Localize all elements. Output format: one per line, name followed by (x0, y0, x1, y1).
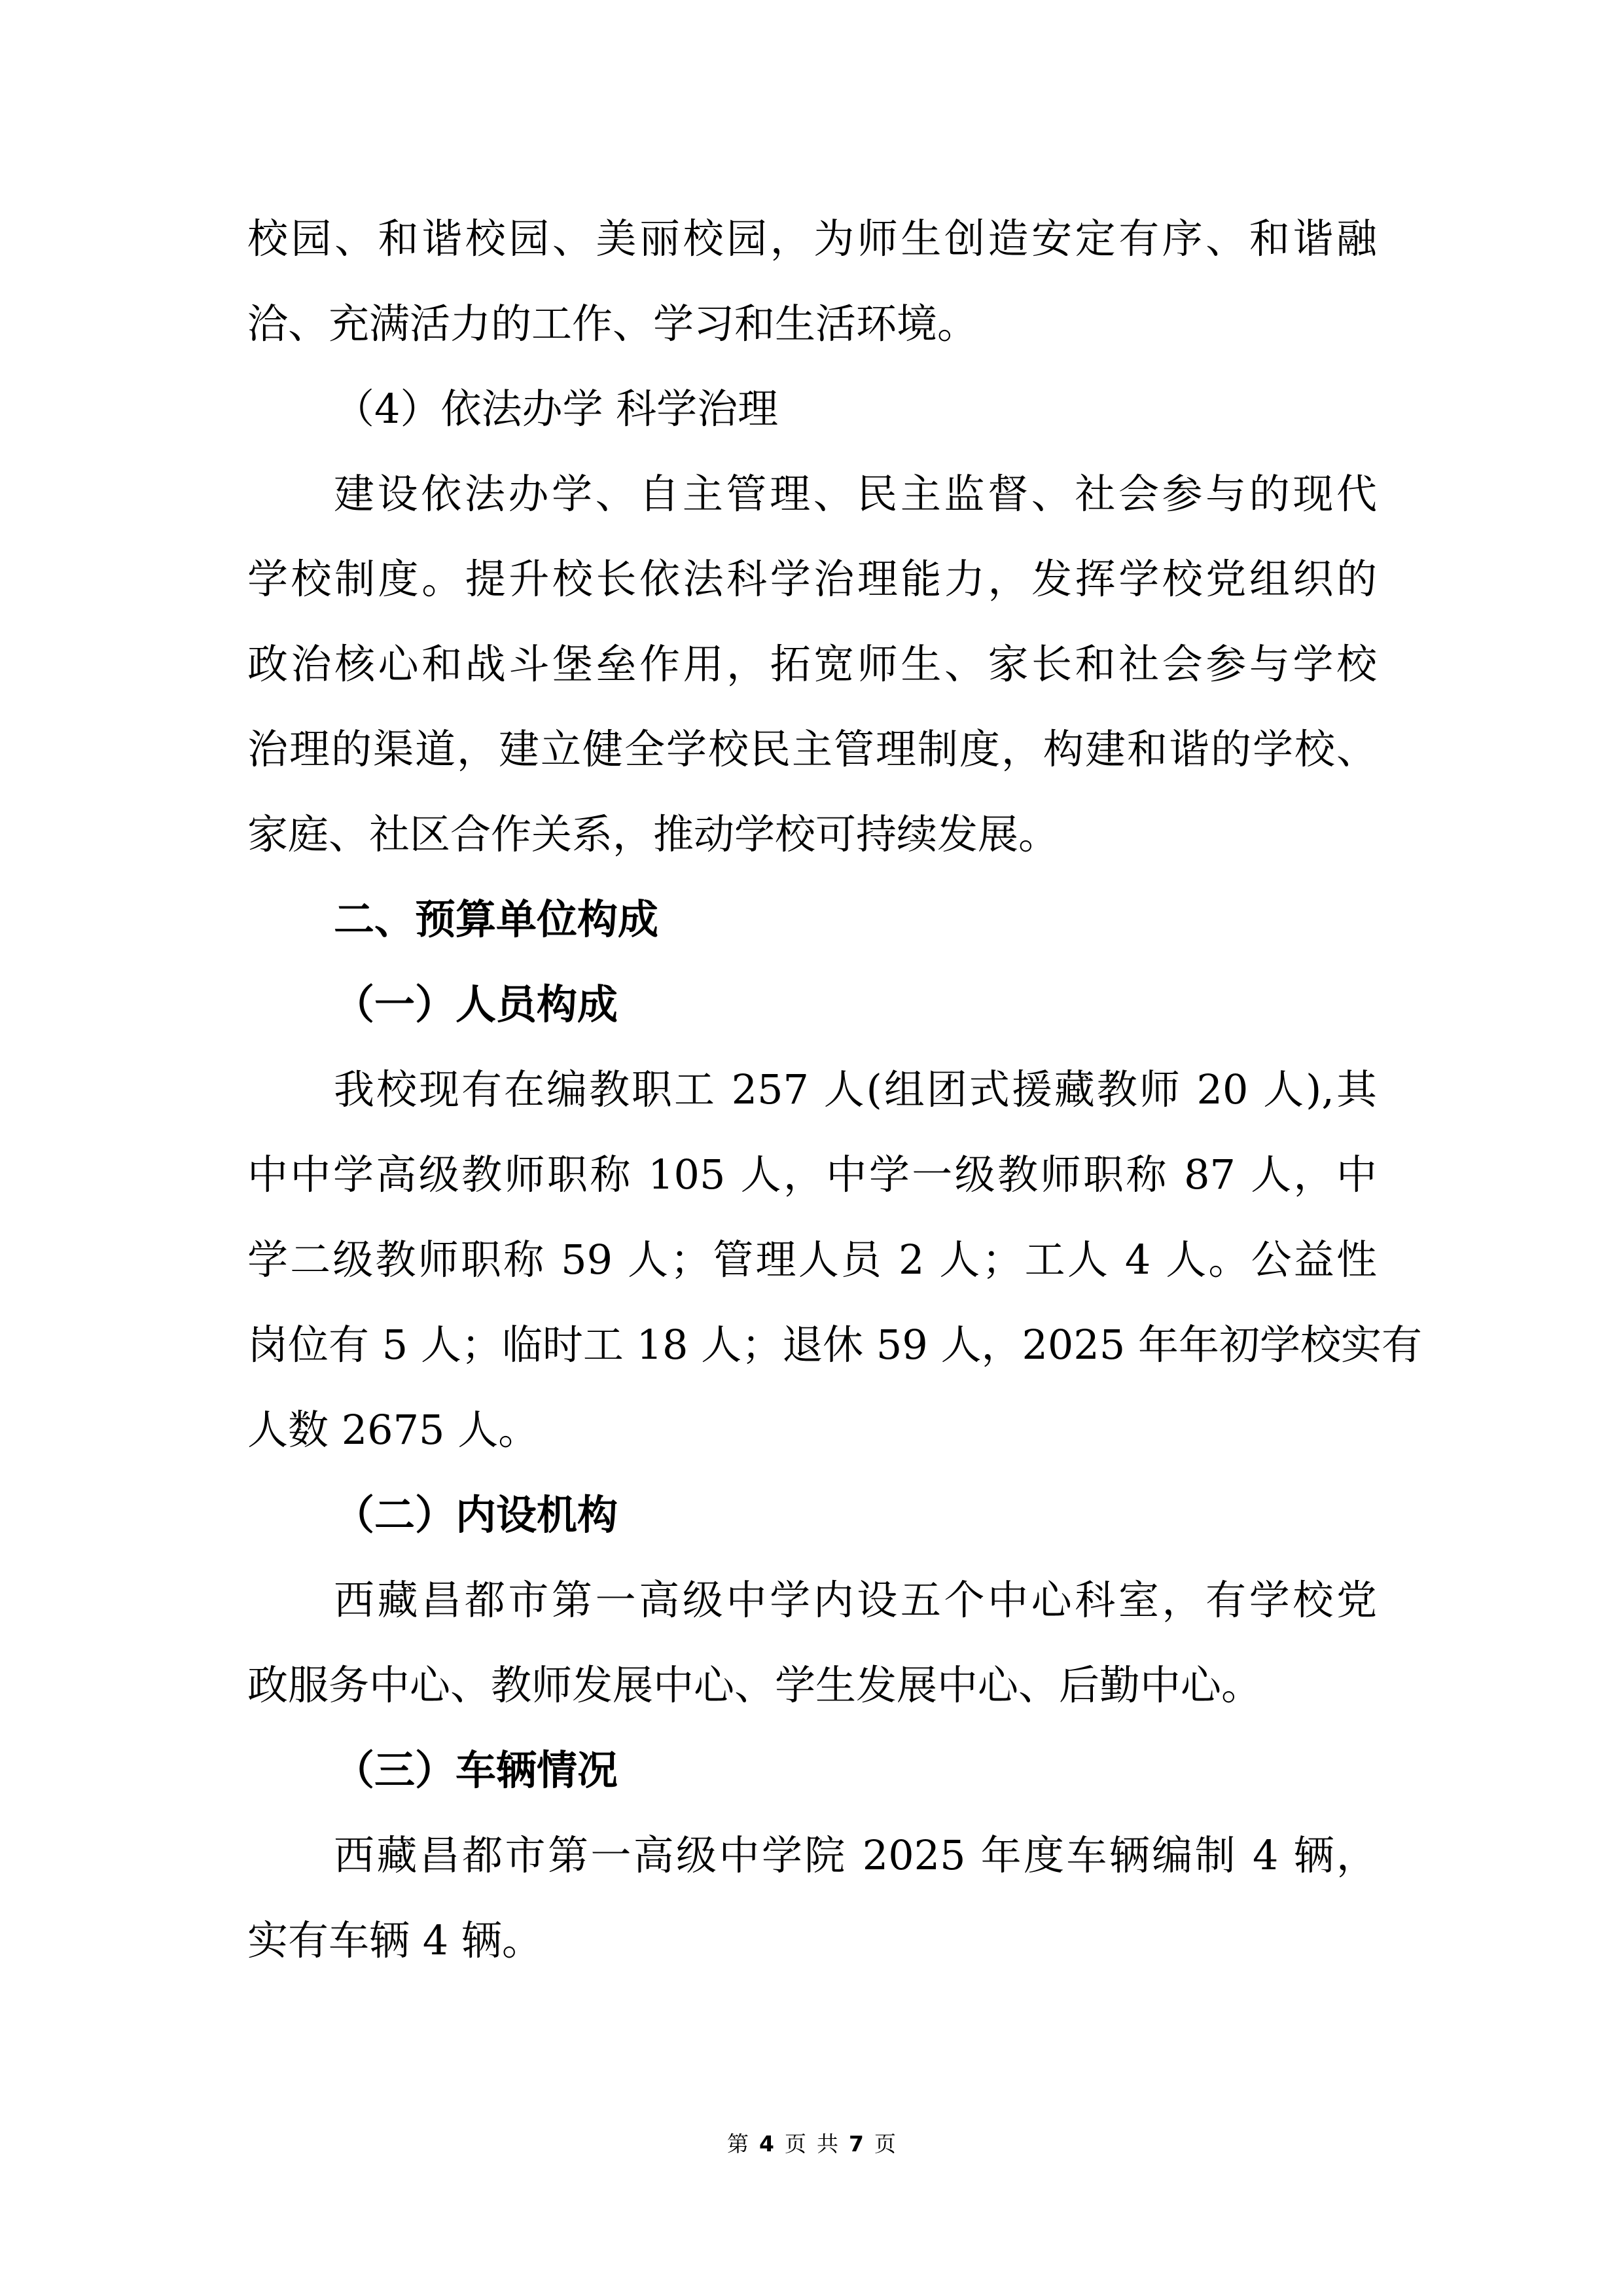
footer-page-word: 页 (785, 2131, 806, 2157)
paragraph-line: 校园、和谐校园、美丽校园，为师生创造安定有序、和谐融 (247, 196, 1377, 281)
subsection-heading-vehicles: （三）车辆情况 (247, 1728, 1377, 1813)
paragraph-line: 治理的渠道，建立健全学校民主管理制度，构建和谐的学校、 (247, 707, 1377, 792)
paragraph-line: 实有车辆 4 辆。 (247, 1898, 1377, 1983)
total-pages-number: 7 (849, 2131, 864, 2157)
paragraph-line: 政治核心和战斗堡垒作用，拓宽师生、家长和社会参与学校 (247, 622, 1377, 707)
document-body: 校园、和谐校园、美丽校园，为师生创造安定有序、和谐融 洽、充满活力的工作、学习和… (247, 196, 1377, 1983)
subsection-heading-4: （4）依法办学 科学治理 (247, 367, 1377, 452)
paragraph-line: 人数 2675 人。 (247, 1388, 1377, 1473)
page-footer: 第4页共7页 (0, 2127, 1623, 2158)
subsection-heading-personnel: （一）人员构成 (247, 962, 1377, 1047)
paragraph-line: 洽、充满活力的工作、学习和生活环境。 (247, 281, 1377, 367)
paragraph-line: 学校制度。提升校长依法科学治理能力，发挥学校党组织的 (247, 537, 1377, 622)
paragraph-line: 家庭、社区合作关系，推动学校可持续发展。 (247, 792, 1377, 877)
footer-total-prefix: 共 (817, 2131, 838, 2157)
document-page: 校园、和谐校园、美丽校园，为师生创造安定有序、和谐融 洽、充满活力的工作、学习和… (0, 0, 1623, 2296)
paragraph-line: 中中学高级教师职称 105 人，中学一级教师职称 87 人，中 (247, 1132, 1377, 1217)
current-page-number: 4 (759, 2131, 774, 2157)
paragraph-line: 岗位有 5 人；临时工 18 人；退休 59 人，2025 年年初学校实有 (247, 1302, 1377, 1388)
paragraph-line: 我校现有在编教职工 257 人(组团式援藏教师 20 人),其 (247, 1047, 1377, 1132)
paragraph-line: 学二级教师职称 59 人；管理人员 2 人；工人 4 人。公益性 (247, 1217, 1377, 1302)
paragraph-line: 建设依法办学、自主管理、民主监督、社会参与的现代 (247, 452, 1377, 537)
paragraph-line: 政服务中心、教师发展中心、学生发展中心、后勤中心。 (247, 1643, 1377, 1728)
paragraph-line: 西藏昌都市第一高级中学内设五个中心科室，有学校党 (247, 1558, 1377, 1643)
subsection-heading-internal-orgs: （二）内设机构 (247, 1473, 1377, 1558)
footer-prefix: 第 (727, 2131, 749, 2157)
section-heading-budget-units: 二、预算单位构成 (247, 877, 1377, 962)
paragraph-line: 西藏昌都市第一高级中学院 2025 年度车辆编制 4 辆， (247, 1813, 1377, 1898)
footer-suffix: 页 (874, 2131, 896, 2157)
